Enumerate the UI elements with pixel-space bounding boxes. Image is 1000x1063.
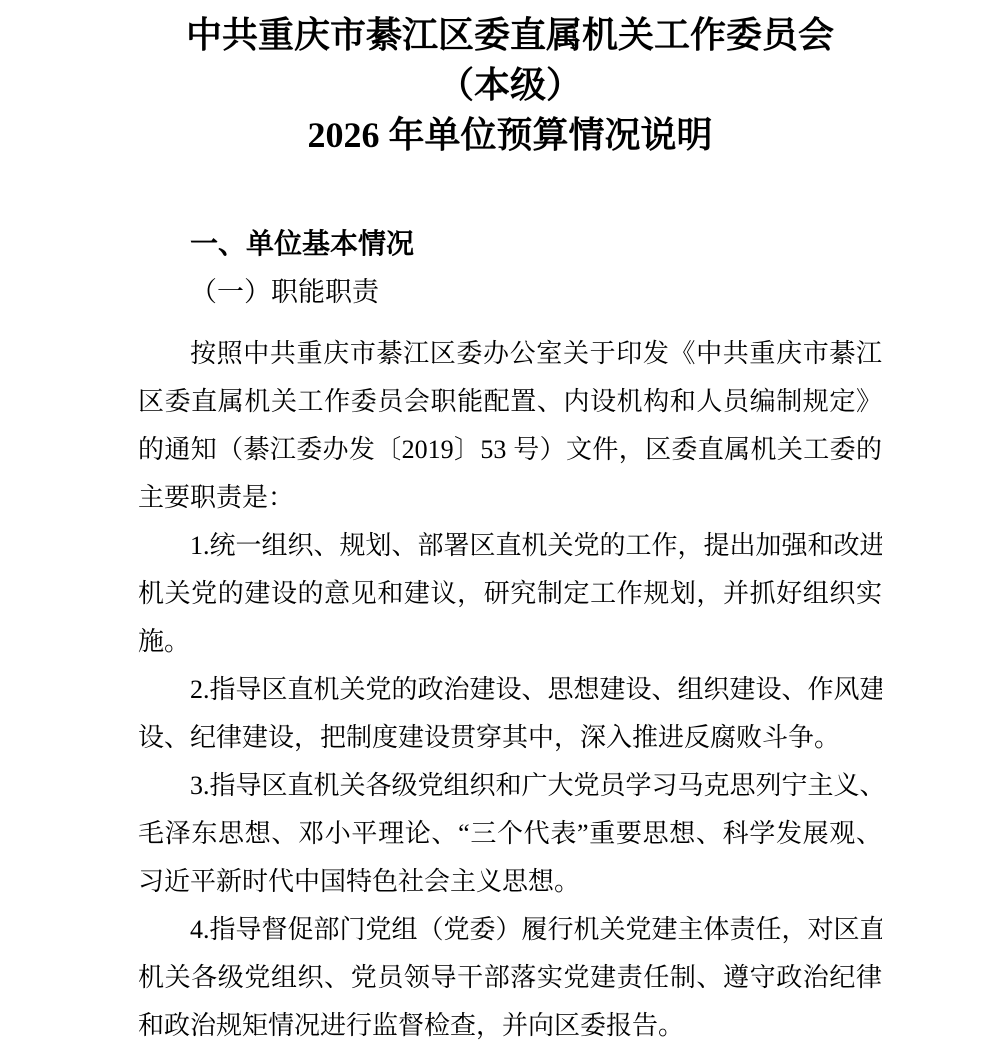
section-heading: 一、单位基本情况	[138, 220, 882, 268]
paragraph-line: 2.指导区直机关党的政治建设、思想建设、组织建设、作风建	[138, 666, 882, 714]
paragraph-line: 施。	[138, 618, 882, 666]
paragraph: 3.指导区直机关各级党组织和广大党员学习马克思列宁主义、毛泽东思想、邓小平理论、…	[138, 762, 882, 906]
paragraph-line: 的通知（綦江委办发〔2019〕53 号）文件，区委直属机关工委的	[138, 426, 882, 474]
paragraph-line: 机关党的建设的意见和建议，研究制定工作规划，并抓好组织实	[138, 570, 882, 618]
subsection-heading: （一）职能职责	[138, 268, 882, 316]
paragraph-line: 主要职责是：	[138, 474, 882, 522]
paragraph-line: 毛泽东思想、邓小平理论、“三个代表”重要思想、科学发展观、	[138, 810, 882, 858]
paragraph-line: 机关各级党组织、党员领导干部落实党建责任制、遵守政治纪律	[138, 954, 882, 1002]
paragraph-line: 习近平新时代中国特色社会主义思想。	[138, 858, 882, 906]
document-page: 中共重庆市綦江区委直属机关工作委员会 （本级） 2026 年单位预算情况说明 一…	[0, 0, 1000, 1063]
paragraph-line: 和政治规矩情况进行监督检查，并向区委报告。	[138, 1002, 882, 1050]
paragraph: 4.指导督促部门党组（党委）履行机关党建主体责任，对区直机关各级党组织、党员领导…	[138, 906, 882, 1050]
paragraph-line: 4.指导督促部门党组（党委）履行机关党建主体责任，对区直	[138, 906, 882, 954]
paragraph: 2.指导区直机关党的政治建设、思想建设、组织建设、作风建设、纪律建设，把制度建设…	[138, 666, 882, 762]
paragraph-line: 1.统一组织、规划、部署区直机关党的工作，提出加强和改进	[138, 522, 882, 570]
body-paragraphs: 按照中共重庆市綦江区委办公室关于印发《中共重庆市綦江区委直属机关工作委员会职能配…	[138, 330, 882, 1050]
document-title-line-2: （本级）	[138, 60, 882, 110]
paragraph-line: 区委直属机关工作委员会职能配置、内设机构和人员编制规定》	[138, 378, 882, 426]
document-title-line-3: 2026 年单位预算情况说明	[138, 110, 882, 160]
document-title: 中共重庆市綦江区委直属机关工作委员会 （本级） 2026 年单位预算情况说明	[138, 10, 882, 160]
paragraph: 按照中共重庆市綦江区委办公室关于印发《中共重庆市綦江区委直属机关工作委员会职能配…	[138, 330, 882, 522]
paragraph-line: 按照中共重庆市綦江区委办公室关于印发《中共重庆市綦江	[138, 330, 882, 378]
document-title-line-1: 中共重庆市綦江区委直属机关工作委员会	[138, 10, 882, 60]
paragraph-line: 设、纪律建设，把制度建设贯穿其中，深入推进反腐败斗争。	[138, 714, 882, 762]
paragraph: 1.统一组织、规划、部署区直机关党的工作，提出加强和改进机关党的建设的意见和建议…	[138, 522, 882, 666]
paragraph-line: 3.指导区直机关各级党组织和广大党员学习马克思列宁主义、	[138, 762, 882, 810]
